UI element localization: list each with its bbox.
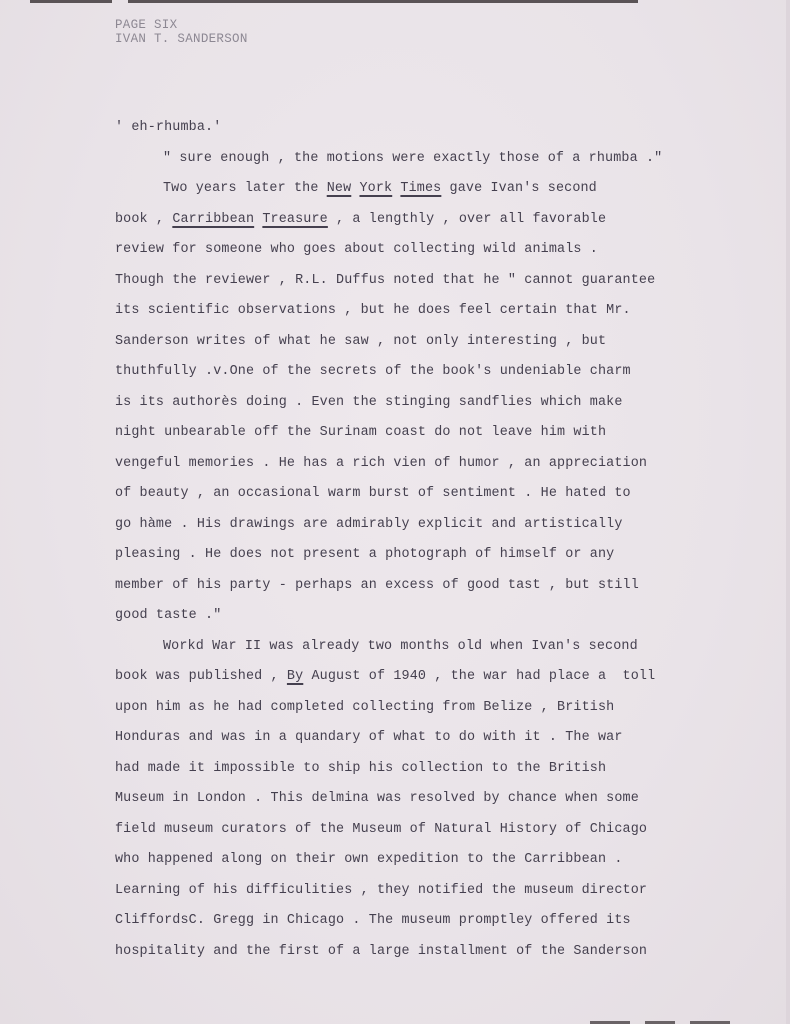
text-segment: Workd War II was already two months old … — [163, 639, 638, 654]
text-line: of beauty , an occasional warm burst of … — [115, 479, 735, 510]
text-segment: is its authorès doing . Even the stingin… — [115, 395, 623, 410]
page-edge — [786, 0, 790, 1024]
text-segment: member of his party - perhaps an excess … — [115, 578, 639, 593]
text-segment: book , — [115, 212, 172, 227]
text-segment: hospitality and the first of a large ins… — [115, 944, 647, 959]
text-line: night unbearable off the Surinam coast d… — [115, 418, 735, 449]
text-line: vengeful memories . He has a rich vien o… — [115, 449, 735, 480]
text-segment: Museum in London . This delmina was reso… — [115, 791, 639, 806]
text-segment: Though the reviewer , R.L. Duffus noted … — [115, 273, 655, 288]
text-segment: good taste ." — [115, 608, 221, 623]
text-segment: , a lengthly , over all favorable — [328, 212, 606, 227]
text-segment: vengeful memories . He has a rich vien o… — [115, 456, 647, 471]
text-segment: who happened along on their own expediti… — [115, 852, 623, 867]
text-line: had made it impossible to ship his colle… — [115, 754, 735, 785]
text-line: Workd War II was already two months old … — [115, 632, 735, 663]
text-segment: Learning of his difficulities , they not… — [115, 883, 647, 898]
text-segment: Sanderson writes of what he saw , not on… — [115, 334, 606, 349]
underlined-title: York — [359, 181, 392, 196]
text-line: go hàme . His drawings are admirably exp… — [115, 510, 735, 541]
underlined-title: Carribbean — [172, 212, 254, 227]
scan-edge-shadow — [30, 0, 112, 3]
text-line: Museum in London . This delmina was reso… — [115, 784, 735, 815]
text-segment: gave Ivan's second — [441, 181, 597, 196]
text-segment: go hàme . His drawings are admirably exp… — [115, 517, 623, 532]
text-segment: night unbearable off the Surinam coast d… — [115, 425, 606, 440]
text-segment: its scientific observations , but he doe… — [115, 303, 631, 318]
text-segment: had made it impossible to ship his colle… — [115, 761, 606, 776]
text-segment: ' eh-rhumba.' — [115, 120, 221, 135]
text-line: Sanderson writes of what he saw , not on… — [115, 327, 735, 358]
text-line: book , Carribbean Treasure , a lengthly … — [115, 205, 735, 236]
page-header: PAGE SIX IVAN T. SANDERSON — [115, 18, 248, 46]
text-line: Learning of his difficulities , they not… — [115, 876, 735, 907]
text-line: good taste ." — [115, 601, 735, 632]
text-line: Two years later the New York Times gave … — [115, 174, 735, 205]
underlined-title: Treasure — [262, 212, 328, 227]
text-line: Honduras and was in a quandary of what t… — [115, 723, 735, 754]
text-line: thuthfully .v.One of the secrets of the … — [115, 357, 735, 388]
text-line: ' eh-rhumba.' — [115, 113, 735, 144]
text-line: member of his party - perhaps an excess … — [115, 571, 735, 602]
text-line: hospitality and the first of a large ins… — [115, 937, 735, 968]
underlined-title: Times — [400, 181, 441, 196]
text-line: who happened along on their own expediti… — [115, 845, 735, 876]
text-line: its scientific observations , but he doe… — [115, 296, 735, 327]
typewritten-page: PAGE SIX IVAN T. SANDERSON ' eh-rhumba.'… — [0, 0, 790, 1024]
text-line: Though the reviewer , R.L. Duffus noted … — [115, 266, 735, 297]
body-text: ' eh-rhumba.'" sure enough , the motions… — [115, 113, 735, 967]
text-line: review for someone who goes about collec… — [115, 235, 735, 266]
text-segment: August of 1940 , the war had place a tol… — [303, 669, 655, 684]
text-segment: review for someone who goes about collec… — [115, 242, 598, 257]
text-line: " sure enough , the motions were exactly… — [115, 144, 735, 175]
author-name: IVAN T. SANDERSON — [115, 32, 248, 46]
text-line: is its authorès doing . Even the stingin… — [115, 388, 735, 419]
underlined-title: New — [327, 181, 352, 196]
text-line: book was published , By August of 1940 ,… — [115, 662, 735, 693]
text-segment: pleasing . He does not present a photogr… — [115, 547, 614, 562]
text-segment: book was published , — [115, 669, 287, 684]
text-segment: upon him as he had completed collecting … — [115, 700, 614, 715]
text-line: field museum curators of the Museum of N… — [115, 815, 735, 846]
text-segment: of beauty , an occasional warm burst of … — [115, 486, 631, 501]
text-segment: CliffordsC. Gregg in Chicago . The museu… — [115, 913, 631, 928]
text-line: CliffordsC. Gregg in Chicago . The museu… — [115, 906, 735, 937]
text-segment: field museum curators of the Museum of N… — [115, 822, 647, 837]
text-segment: " sure enough , the motions were exactly… — [163, 151, 662, 166]
text-line: upon him as he had completed collecting … — [115, 693, 735, 724]
page-number-label: PAGE SIX — [115, 18, 248, 32]
scan-edge-shadow — [128, 0, 638, 3]
text-line: pleasing . He does not present a photogr… — [115, 540, 735, 571]
text-segment: thuthfully .v.One of the secrets of the … — [115, 364, 631, 379]
underlined-title: By — [287, 669, 303, 684]
text-segment: Honduras and was in a quandary of what t… — [115, 730, 623, 745]
text-segment: Two years later the — [163, 181, 327, 196]
